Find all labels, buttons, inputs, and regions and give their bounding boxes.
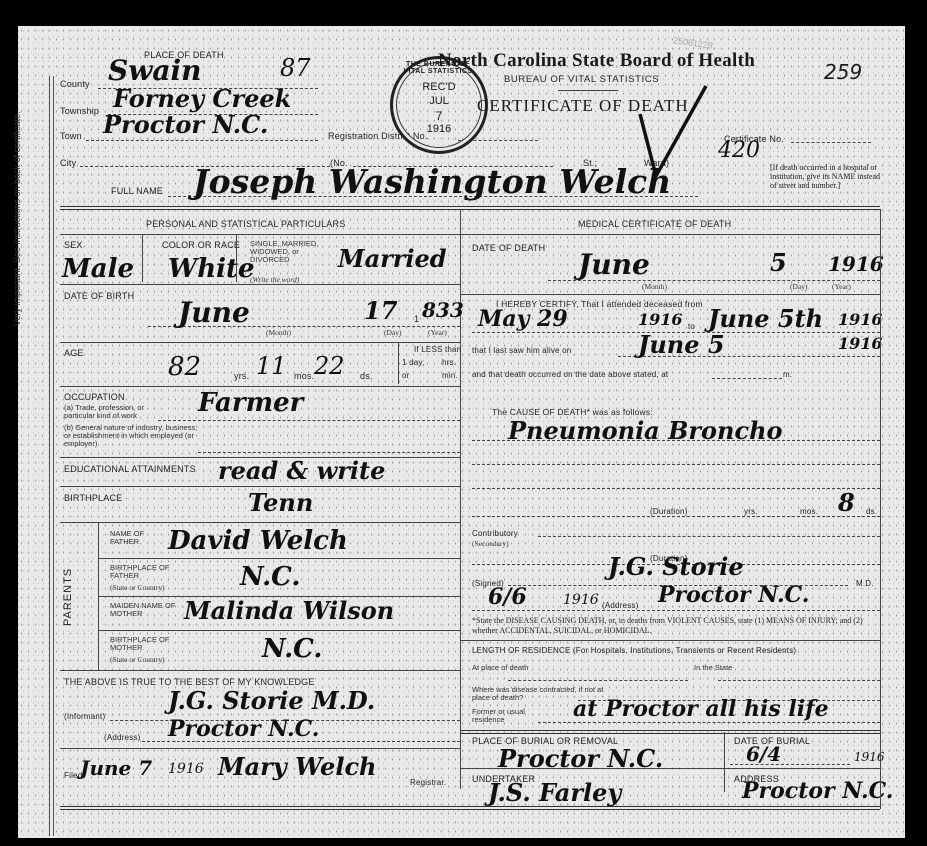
town-value: Proctor N.C.: [103, 110, 268, 139]
board-title: North Carolina State Board of Health: [438, 50, 755, 72]
parents-label: PARENTS: [62, 568, 74, 626]
last-saw-label: that I last saw him alive on: [472, 346, 571, 355]
stamp-year: 1916: [393, 123, 485, 135]
race-label: COLOR OR RACE: [162, 240, 240, 250]
sex-label: SEX: [64, 240, 83, 250]
mother-state-hint: (State or Country): [110, 656, 165, 664]
min-label: min.: [442, 371, 458, 380]
informant-address-value: Proctor N.C.: [168, 716, 319, 742]
marital-value: Married: [338, 244, 447, 273]
yrs-label: yrs.: [234, 371, 249, 381]
signed-value: J.G. Storie: [608, 552, 744, 581]
education-value: read & write: [218, 456, 385, 485]
last-saw-year: 1916: [838, 334, 883, 353]
cause-footnote: *State the DISEASE CAUSING DEATH, or, in…: [472, 616, 880, 636]
township-label: Township: [60, 106, 99, 116]
father-label: NAME OF FATHER: [110, 530, 170, 546]
ds-label: ds.: [360, 371, 373, 381]
informant-address-label: (Address): [104, 733, 140, 742]
dod-day: 5: [770, 248, 787, 277]
race-value: White: [168, 254, 255, 284]
attended-from: May 29: [478, 306, 568, 332]
informant-label: (Informant): [64, 712, 105, 721]
dod-year: 1916: [828, 252, 884, 276]
hospital-note: [If death occurred in a hospital or inst…: [770, 163, 880, 190]
dod-label: DATE OF DEATH: [472, 243, 545, 253]
mother-label: MAIDEN NAME OF MOTHER: [110, 602, 185, 618]
checkmark-icon: [638, 84, 708, 184]
at-place-label: At place of death: [472, 664, 532, 672]
page-number: 259: [824, 60, 862, 84]
margin-rule: [49, 76, 54, 836]
stamp-recd: REC'D: [393, 81, 485, 93]
attended-from-year: 1916: [638, 310, 683, 329]
or-label: or: [402, 371, 410, 380]
death-certificate: Very important. See instructions on back…: [18, 26, 905, 838]
burial-date-value: 6/4: [746, 742, 781, 766]
mother-value: Malinda Wilson: [184, 596, 394, 625]
residence-heading: LENGTH OF RESIDENCE (For Hospitals, Inst…: [472, 646, 796, 655]
md-label: M.D.: [856, 579, 874, 588]
township-value: Forney Creek: [113, 84, 291, 113]
month-hint: (Month): [266, 329, 291, 337]
doctor-address-value: Proctor N.C.: [658, 582, 809, 608]
former-residence-label: Former or usual residence: [472, 708, 532, 724]
filed-year: 1916: [168, 761, 204, 777]
father-birthplace-label: BIRTHPLACE OF FATHER: [110, 564, 170, 580]
day-hint: (Day): [384, 329, 402, 337]
occupation-label: OCCUPATION: [64, 392, 125, 402]
occupation-b-label: (b) General nature of industry, business…: [64, 424, 199, 448]
dod-month: June: [578, 248, 650, 281]
personal-heading: PERSONAL AND STATISTICAL PARTICULARS: [146, 219, 345, 229]
birthplace-value: Tenn: [248, 488, 313, 517]
death-time-label: and that death occurred on the date abov…: [472, 370, 668, 379]
certificate-no-value: 420: [718, 138, 760, 163]
marital-hint: (Write the word): [250, 276, 299, 284]
sex-value: Male: [62, 254, 134, 284]
attended-to: June 5th: [708, 304, 823, 333]
one-day-label: 1 day,: [402, 358, 424, 367]
mos-label: mos.: [294, 371, 314, 381]
occupation-value: Farmer: [198, 388, 303, 418]
stamp-day: 7: [393, 109, 485, 123]
undertaker-value: J.S. Farley: [488, 778, 621, 807]
year-hint: (Year): [428, 329, 447, 337]
dod-year-hint: (Year): [832, 283, 851, 291]
age-months: 11: [256, 352, 287, 380]
margin-note: Very important. See instructions on back…: [12, 111, 22, 326]
undertaker-address-value: Proctor N.C.: [742, 778, 893, 804]
father-state-hint: (State or Country): [110, 584, 165, 592]
full-name-value: Joseph Washington Welch: [193, 162, 671, 201]
father-value: David Welch: [168, 526, 348, 556]
county-label: County: [60, 79, 90, 89]
father-birthplace-value: N.C.: [240, 562, 300, 592]
dob-month: June: [178, 296, 250, 329]
mother-birthplace-value: N.C.: [262, 634, 322, 664]
hrs-label: hrs.: [442, 358, 456, 367]
in-state-label: In the State: [694, 664, 744, 672]
death-time-m: m.: [783, 370, 792, 379]
age-years: 82: [168, 352, 201, 382]
dob-year-prefix: 1: [414, 314, 419, 324]
full-name-label: FULL NAME: [111, 186, 163, 196]
city-label: City: [60, 158, 76, 168]
faint-serial: 25081228: [672, 35, 713, 50]
county-code: 87: [280, 54, 311, 82]
county-value: Swain: [108, 54, 201, 87]
attended-to-year: 1916: [838, 310, 883, 329]
dob-year: 833: [422, 298, 464, 322]
secondary-label: (Secondary): [472, 540, 509, 548]
informant-value: J.G. Storie M.D.: [168, 686, 375, 715]
less-than-label: If LESS than: [414, 345, 461, 354]
dod-month-hint: (Month): [642, 283, 667, 291]
contributory-label: Contributory: [472, 529, 518, 538]
mother-birthplace-label: BIRTHPLACE OF MOTHER: [110, 636, 170, 652]
registrar-label: Registrar.: [410, 778, 446, 787]
dod-day-hint: (Day): [790, 283, 808, 291]
age-days: 22: [314, 352, 345, 380]
education-label: EDUCATIONAL ATTAINMENTS: [64, 464, 196, 474]
registrar-value: Mary Welch: [218, 752, 377, 781]
stamp-month: JUL: [393, 95, 485, 107]
last-saw-value: June 5: [638, 330, 725, 359]
dob-day: 17: [364, 296, 397, 325]
dob-label: DATE OF BIRTH: [64, 291, 134, 301]
medical-heading: MEDICAL CERTIFICATE OF DEATH: [578, 219, 731, 229]
town-label: Town: [60, 131, 82, 141]
birthplace-label: BIRTHPLACE: [64, 493, 122, 503]
marital-label: SINGLE, MARRIED, WIDOWED, or DIVORCED: [250, 240, 320, 264]
filed-date: June 7: [80, 756, 152, 780]
age-label: AGE: [64, 348, 84, 358]
bureau-title: BUREAU OF VITAL STATISTICS: [504, 74, 659, 85]
